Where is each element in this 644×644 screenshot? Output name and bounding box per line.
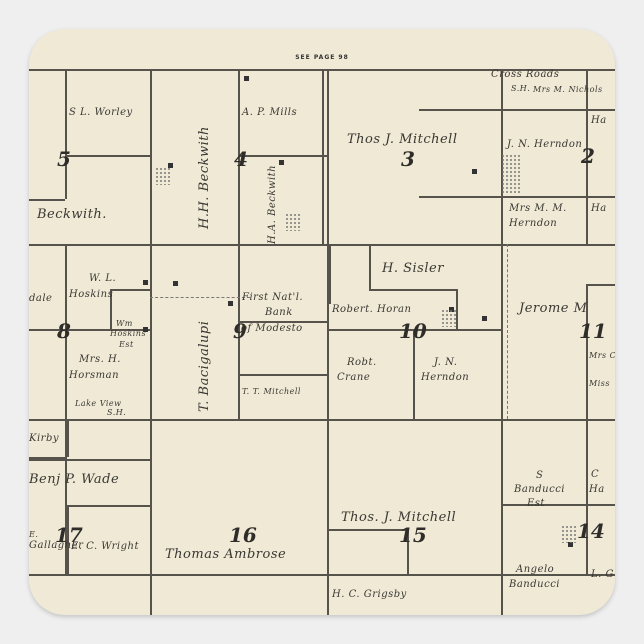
owner-label: J. N.	[434, 357, 457, 368]
owner-label: Ha	[589, 484, 605, 495]
section-8: 8	[57, 319, 71, 343]
owner-label: Lake View	[75, 399, 121, 408]
parcel-line	[238, 69, 240, 419]
owner-label: J. N. Herndon	[507, 139, 582, 150]
parcel-line	[501, 504, 615, 506]
section-line	[150, 69, 152, 615]
section-line	[327, 69, 329, 615]
section-15: 15	[399, 523, 427, 547]
parcel-line	[322, 69, 324, 244]
owner-label: S.H.	[107, 408, 126, 417]
owner-label: H.A. Beckwith	[267, 165, 278, 244]
parcel-line	[327, 529, 407, 531]
parcel-line	[329, 244, 331, 304]
section-11: 11	[579, 319, 607, 343]
owner-label: Jerome M	[519, 301, 587, 316]
owner-label: Ha	[591, 115, 607, 126]
owner-label: H. C. Grigsby	[332, 589, 407, 600]
owner-label: Horsman	[69, 370, 119, 381]
owner-label: Thos. J. Mitchell	[341, 510, 456, 525]
owner-label: Banducci	[514, 484, 565, 495]
owner-label: Ha	[591, 203, 607, 214]
owner-label: Kirby	[29, 433, 59, 444]
owner-label: Herndon	[421, 372, 469, 383]
section-line	[29, 419, 615, 421]
owner-label: H. Sisler	[382, 261, 444, 276]
section-3: 3	[401, 147, 415, 171]
parcel-line	[419, 196, 615, 198]
building-marker	[228, 301, 233, 306]
orchard-dots	[561, 525, 577, 543]
owner-label: S L. Worley	[69, 107, 133, 118]
parcel-line	[29, 199, 65, 201]
owner-label: dale	[29, 293, 52, 304]
owner-label: Cross Roads	[491, 69, 559, 80]
owner-label: T. T. Mitchell	[242, 387, 301, 396]
parcel-line	[586, 284, 615, 286]
owner-label: Mrs M. M.	[509, 203, 567, 214]
owner-label: of Modesto	[241, 323, 303, 334]
orchard-dots	[285, 213, 301, 231]
see-page-note: SEE PAGE 98	[29, 54, 615, 61]
section-10: 10	[399, 319, 427, 343]
owner-label: Beckwith.	[37, 207, 107, 222]
road	[507, 244, 508, 419]
plat-map-sticker: SEE PAGE 98 5 4 3 2 8 9 10 11 17 16 15 1	[29, 29, 615, 615]
orchard-dots	[441, 309, 457, 327]
parcel-line	[238, 155, 327, 157]
building-marker	[244, 76, 249, 81]
section-2: 2	[581, 144, 595, 168]
owner-label: Benj P. Wade	[29, 472, 119, 487]
owner-label: Mrs. H.	[79, 354, 121, 365]
owner-label: E. C. Wright	[71, 541, 139, 552]
owner-label: Thos J. Mitchell	[347, 132, 458, 147]
owner-label: Est	[527, 498, 545, 509]
section-16: 16	[229, 523, 257, 547]
parcel-line	[67, 419, 69, 457]
parcel-line	[29, 457, 67, 459]
owner-label: Est	[119, 340, 134, 349]
parcel-line	[369, 244, 371, 289]
parcel-line	[65, 69, 67, 199]
building-marker	[279, 160, 284, 165]
parcel-line	[67, 505, 150, 507]
owner-label: Robt.	[347, 357, 377, 368]
owner-label: Hoskins	[69, 289, 113, 300]
owner-label: E.	[29, 530, 38, 539]
owner-label: Crane	[337, 372, 370, 383]
section-5: 5	[57, 147, 71, 171]
building-marker	[173, 281, 178, 286]
owner-label: Miss	[589, 379, 610, 388]
owner-label: First Nat'l.	[242, 292, 303, 303]
owner-label: S.H.	[511, 84, 530, 93]
building-marker	[472, 169, 477, 174]
road	[150, 297, 250, 298]
owner-label: S	[536, 470, 543, 481]
section-4: 4	[234, 147, 248, 171]
parcel-line	[29, 459, 150, 461]
parcel-line	[369, 289, 456, 291]
building-marker	[143, 327, 148, 332]
owner-label: Angelo	[516, 564, 554, 575]
section-14: 14	[577, 519, 605, 543]
building-marker	[143, 280, 148, 285]
owner-label: Bank	[265, 307, 293, 318]
owner-label: Wm	[116, 319, 133, 328]
owner-label: Robert. Horan	[332, 304, 411, 315]
parcel-line	[110, 289, 150, 291]
orchard-dots	[155, 167, 171, 185]
section-line	[29, 244, 615, 246]
owner-label: A. P. Mills	[242, 107, 297, 118]
section-line	[501, 69, 503, 615]
owner-label: W. L.	[89, 273, 116, 284]
owner-label: Mrs M. Nichols	[533, 85, 603, 94]
parcel-line	[65, 155, 150, 157]
owner-label: Thomas Ambrose	[165, 547, 286, 562]
owner-label: T. Bacigalupi	[197, 321, 212, 412]
owner-label: Mrs C	[589, 351, 615, 360]
owner-label: Banducci	[509, 579, 560, 590]
owner-label: Hoskins	[110, 329, 146, 338]
owner-label: Herndon	[509, 218, 557, 229]
owner-label: L. G	[591, 569, 614, 580]
parcel-line	[238, 374, 327, 376]
building-marker	[482, 316, 487, 321]
owner-label: C	[591, 469, 599, 480]
orchard-dots	[501, 154, 521, 194]
owner-label: H.H. Beckwith	[197, 126, 212, 229]
